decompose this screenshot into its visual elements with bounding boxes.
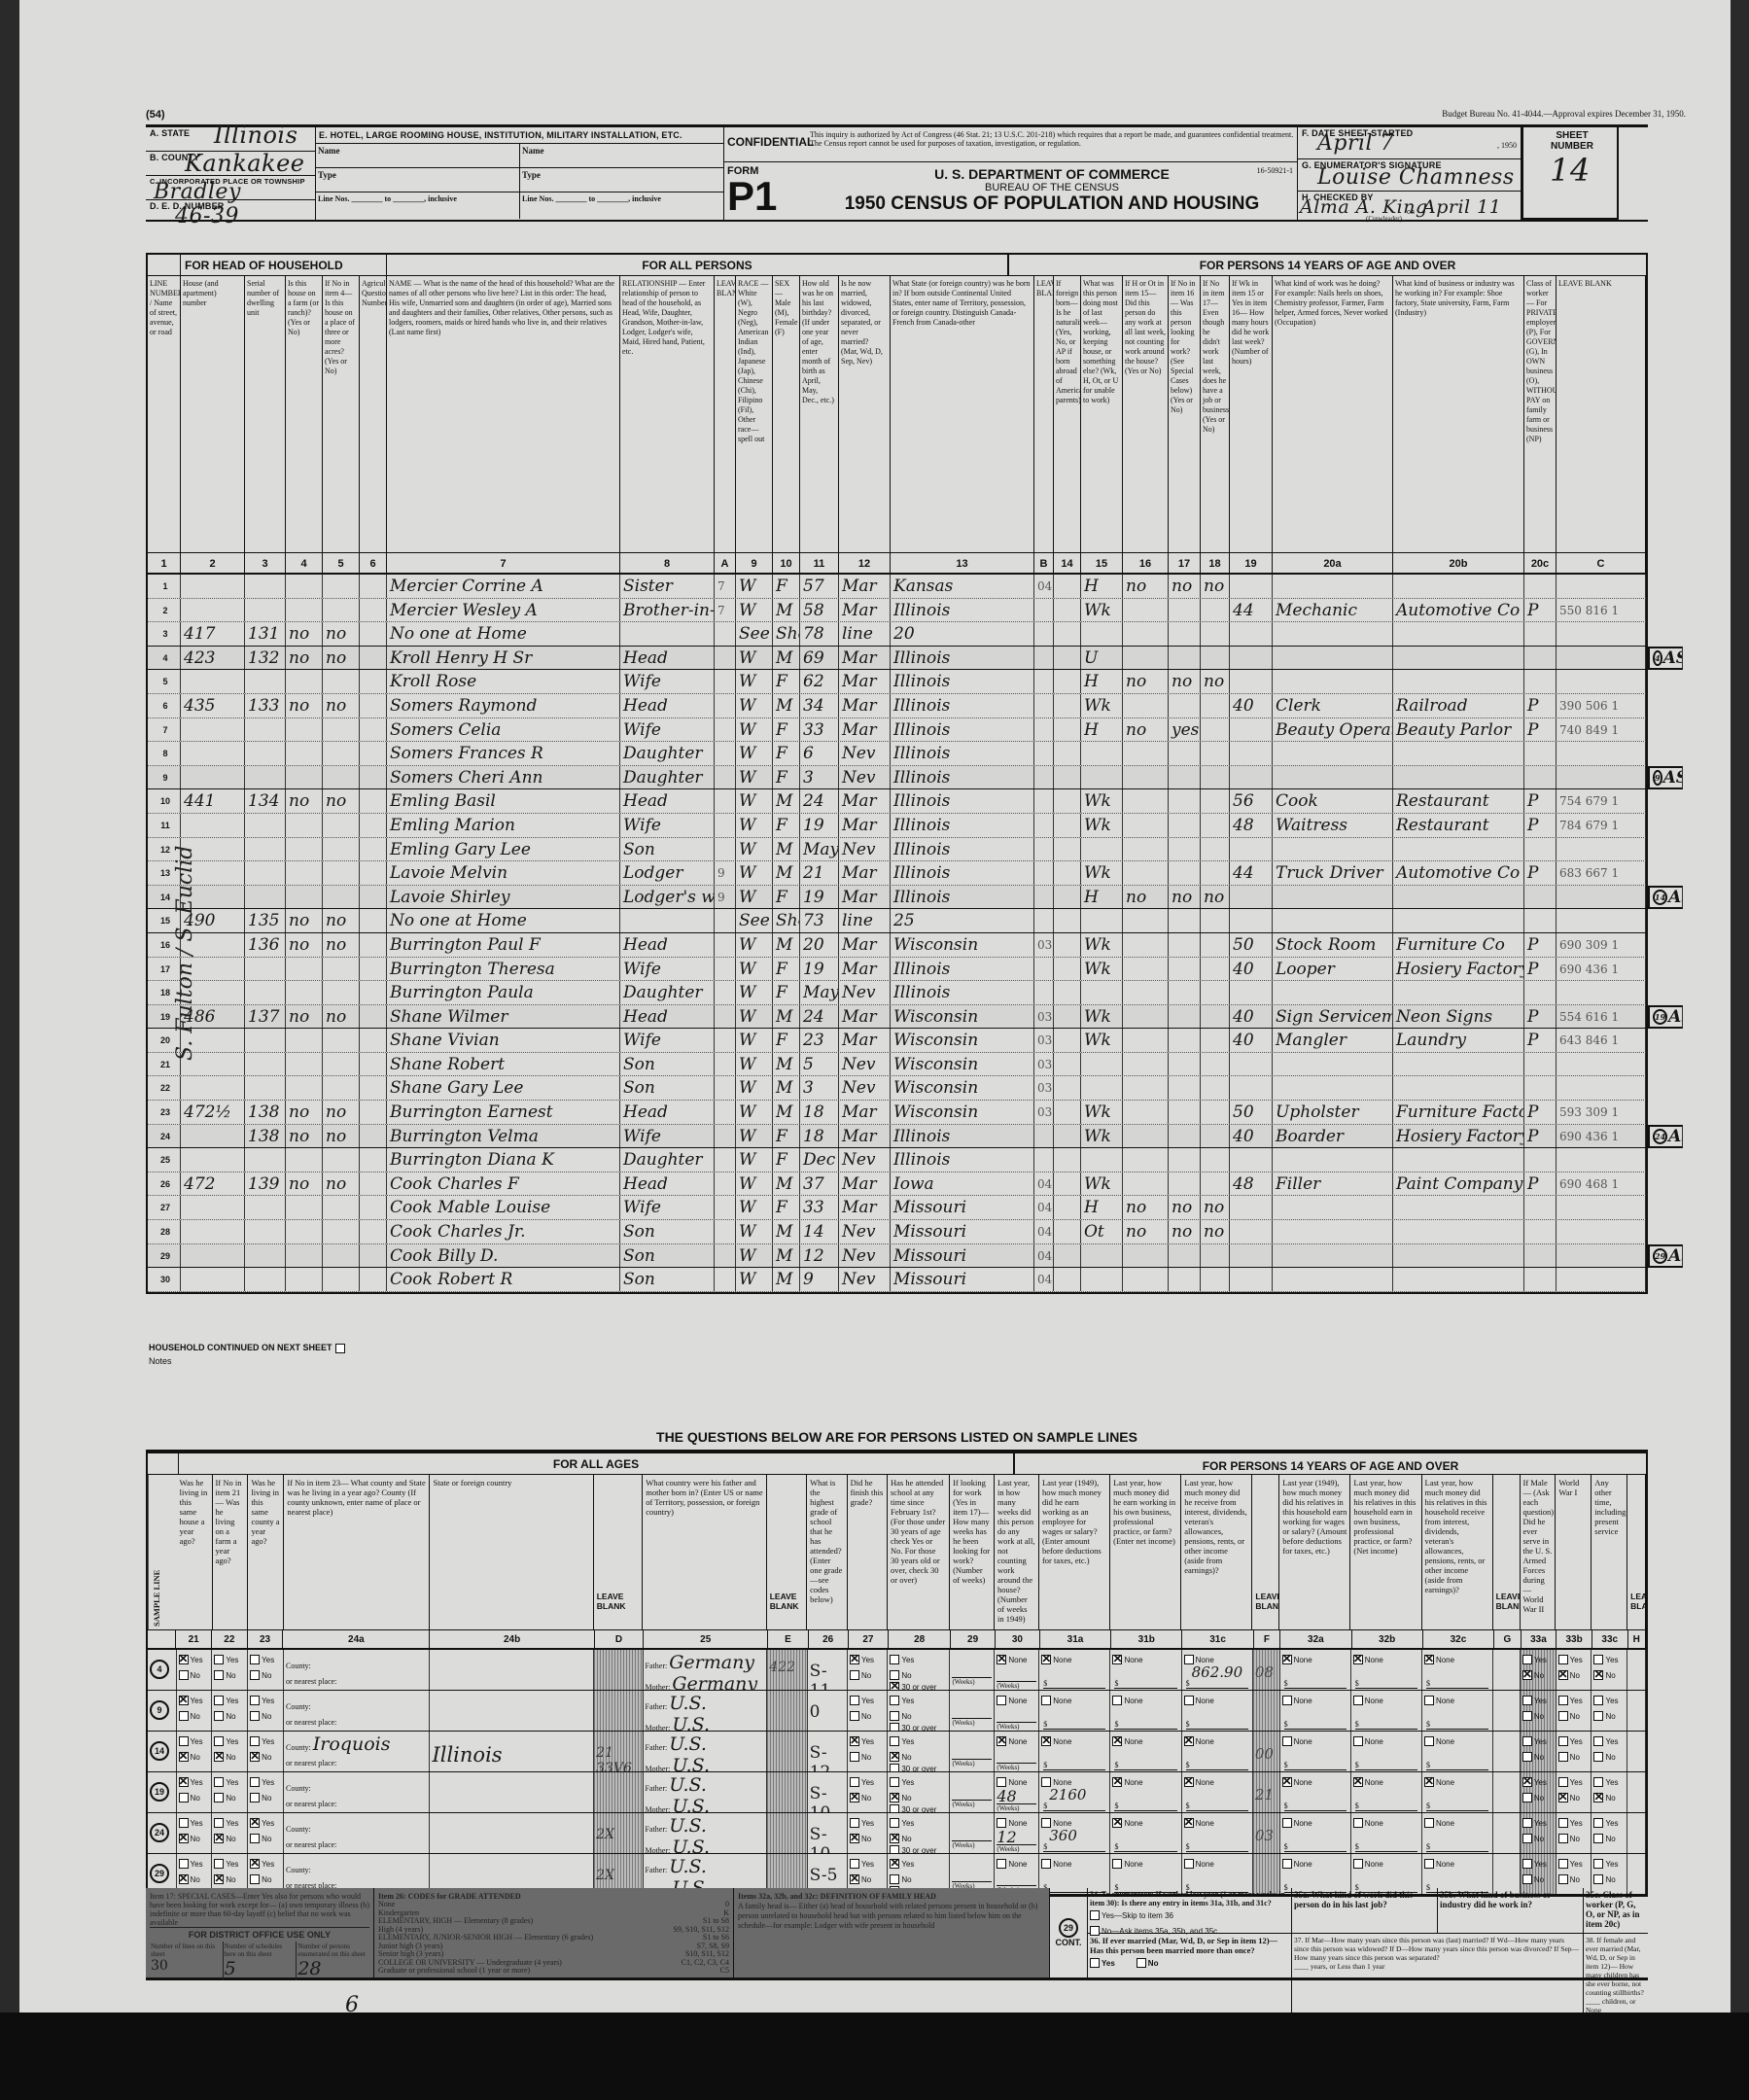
father-birthplace: U.S. bbox=[669, 1815, 707, 1837]
street-name: S. Fulton / S. Euclid bbox=[173, 564, 208, 1342]
class-of-worker: P bbox=[1524, 1172, 1557, 1196]
ag-questionnaire bbox=[360, 814, 387, 837]
school-30-over-checkbox[interactable] bbox=[890, 1804, 899, 1812]
leave-blank-b bbox=[1034, 1125, 1054, 1148]
leave-blank-b bbox=[1034, 981, 1054, 1004]
w31a-none-checkbox[interactable] bbox=[1041, 1655, 1051, 1664]
hours-worked: 50 bbox=[1230, 933, 1273, 957]
r32c-none-checkbox[interactable] bbox=[1424, 1696, 1434, 1705]
other-service-no-checkbox[interactable] bbox=[1593, 1752, 1603, 1762]
q22-no-checkbox[interactable] bbox=[214, 1874, 224, 1884]
activity: H bbox=[1081, 718, 1123, 742]
ww1-no-checkbox[interactable] bbox=[1558, 1711, 1568, 1721]
r32a-none-checkbox[interactable] bbox=[1282, 1655, 1292, 1664]
naturalized bbox=[1054, 814, 1081, 837]
school-yes-checkbox[interactable] bbox=[890, 1859, 899, 1869]
race: W bbox=[736, 1101, 773, 1124]
leave-blank-c bbox=[1557, 1148, 1646, 1172]
q22-no-checkbox[interactable] bbox=[214, 1711, 224, 1721]
ww2-no-checkbox[interactable] bbox=[1522, 1752, 1532, 1762]
worked-any bbox=[1123, 694, 1169, 717]
leave-blank-c: 554 616 1 bbox=[1557, 1005, 1646, 1029]
relationship: Wife bbox=[620, 958, 715, 981]
other-service-yes-checkbox[interactable] bbox=[1593, 1818, 1603, 1828]
q21-no-checkbox[interactable] bbox=[179, 1670, 189, 1680]
ww2-no-checkbox[interactable] bbox=[1522, 1711, 1532, 1721]
marital-status: Mar bbox=[839, 1172, 891, 1196]
other-service-yes-checkbox[interactable] bbox=[1593, 1655, 1603, 1664]
finished-grade-no-checkbox[interactable] bbox=[850, 1834, 859, 1843]
column-header-15: What was this person doing most of last … bbox=[1081, 276, 1123, 552]
q23-no-checkbox[interactable] bbox=[250, 1752, 260, 1762]
activity bbox=[1081, 1053, 1123, 1076]
q34-yes-checkbox[interactable] bbox=[1090, 1910, 1100, 1920]
person-name: Somers Frances R bbox=[387, 742, 620, 765]
weeks-worked-none-checkbox[interactable] bbox=[997, 1736, 1006, 1746]
occupation bbox=[1273, 1148, 1393, 1172]
column-number-6: 6 bbox=[360, 553, 387, 573]
age: 3 bbox=[800, 1076, 839, 1100]
q22-yes-checkbox[interactable] bbox=[214, 1777, 224, 1787]
finished-grade-yes-checkbox[interactable] bbox=[850, 1655, 859, 1664]
finished-grade-no-checkbox[interactable] bbox=[850, 1670, 859, 1680]
other-service-yes-checkbox[interactable] bbox=[1593, 1859, 1603, 1869]
birthplace: Wisconsin bbox=[891, 1076, 1034, 1100]
other-service-no-checkbox[interactable] bbox=[1593, 1874, 1603, 1884]
ww2-no-checkbox[interactable] bbox=[1522, 1670, 1532, 1680]
q23-yes-checkbox[interactable] bbox=[250, 1777, 260, 1787]
activity: H bbox=[1081, 886, 1123, 909]
sex: M bbox=[773, 1172, 800, 1196]
ww1-yes-checkbox[interactable] bbox=[1558, 1859, 1568, 1869]
ww2-yes-checkbox[interactable] bbox=[1522, 1818, 1532, 1828]
school-30-over-checkbox[interactable] bbox=[890, 1764, 899, 1771]
w31c-none-checkbox[interactable] bbox=[1184, 1777, 1194, 1787]
r32a-none-checkbox[interactable] bbox=[1282, 1736, 1292, 1746]
date-field: f. DATE SHEET STARTEDApril 7, 1950 bbox=[1298, 127, 1521, 159]
q36-no-checkbox[interactable] bbox=[1137, 1958, 1146, 1968]
person-name: No one at Home bbox=[387, 909, 620, 932]
special-cases-box: Item 17: SPECIAL CASES—Enter Yes also fo… bbox=[146, 1888, 374, 1977]
has-job bbox=[1201, 1125, 1230, 1148]
occupation: Waitress bbox=[1273, 814, 1393, 837]
continued-marker: 29CONT. bbox=[1056, 1918, 1082, 1947]
leave-blank-a bbox=[715, 1125, 736, 1148]
ag-questionnaire bbox=[360, 1076, 387, 1100]
w31a-none-checkbox[interactable] bbox=[1041, 1696, 1051, 1705]
worked-any: no bbox=[1123, 1220, 1169, 1243]
column-header-20a: What kind of work was he doing? For exam… bbox=[1273, 276, 1393, 552]
marital-status: Nev bbox=[839, 742, 891, 765]
sample-column-number-24a: 24a bbox=[283, 1630, 430, 1648]
w31b-none-checkbox[interactable] bbox=[1112, 1818, 1122, 1828]
ww2-no-checkbox[interactable] bbox=[1522, 1874, 1532, 1884]
class-of-worker bbox=[1524, 981, 1557, 1004]
q22-yes-checkbox[interactable] bbox=[214, 1736, 224, 1746]
ww2-yes-checkbox[interactable] bbox=[1522, 1655, 1532, 1664]
ag-questionnaire bbox=[360, 1244, 387, 1268]
q21-no-checkbox[interactable] bbox=[179, 1793, 189, 1802]
w31b-none-checkbox[interactable] bbox=[1112, 1859, 1122, 1869]
activity: H bbox=[1081, 1196, 1123, 1219]
activity: Wk bbox=[1081, 1101, 1123, 1124]
form-id: FORM P1 bbox=[724, 162, 807, 221]
w31c-none-checkbox[interactable] bbox=[1184, 1859, 1194, 1869]
worked-any: no bbox=[1123, 1196, 1169, 1219]
q23-yes-checkbox[interactable] bbox=[250, 1696, 260, 1705]
ed-value: 46-39 bbox=[175, 204, 239, 228]
has-job bbox=[1201, 599, 1230, 622]
person-row: 9Somers Cheri AnnDaughterWF3NevIllinois9… bbox=[148, 766, 1646, 790]
leave-blank-c bbox=[1557, 1076, 1646, 1100]
age: 19 bbox=[800, 958, 839, 981]
industry bbox=[1393, 981, 1524, 1004]
looking-for-work bbox=[1169, 647, 1201, 670]
q23-yes-checkbox[interactable] bbox=[250, 1655, 260, 1664]
naturalized bbox=[1054, 1101, 1081, 1124]
ww1-yes-checkbox[interactable] bbox=[1558, 1696, 1568, 1705]
weeks-worked-none-checkbox[interactable] bbox=[997, 1655, 1006, 1664]
serial-number: 132 bbox=[245, 647, 286, 670]
ww1-no-checkbox[interactable] bbox=[1558, 1874, 1568, 1884]
acres bbox=[323, 1196, 360, 1219]
worked-any bbox=[1123, 1244, 1169, 1268]
q22-yes-checkbox[interactable] bbox=[214, 1655, 224, 1664]
q34-no-checkbox[interactable] bbox=[1090, 1926, 1100, 1936]
serial-number bbox=[245, 861, 286, 885]
ag-questionnaire bbox=[360, 909, 387, 932]
sample-column-number-E: E bbox=[768, 1630, 808, 1648]
q21-no-checkbox[interactable] bbox=[179, 1834, 189, 1843]
school-yes-checkbox[interactable] bbox=[890, 1818, 899, 1828]
ww1-yes-checkbox[interactable] bbox=[1558, 1818, 1568, 1828]
weeks-worked-none-checkbox[interactable] bbox=[997, 1696, 1006, 1705]
looking-for-work bbox=[1169, 694, 1201, 717]
ww1-no-checkbox[interactable] bbox=[1558, 1834, 1568, 1843]
w31b-none-checkbox[interactable] bbox=[1112, 1696, 1122, 1705]
leave-blank-a bbox=[715, 694, 736, 717]
q22-yes-checkbox[interactable] bbox=[214, 1696, 224, 1705]
serial-number bbox=[245, 886, 286, 909]
has-job bbox=[1201, 1172, 1230, 1196]
age: 3 bbox=[800, 766, 839, 789]
activity: H bbox=[1081, 670, 1123, 693]
q21-yes-checkbox[interactable] bbox=[179, 1818, 189, 1828]
school-no-checkbox[interactable] bbox=[890, 1752, 899, 1762]
race: W bbox=[736, 1029, 773, 1052]
birthplace: Illinois bbox=[891, 789, 1034, 813]
other-service-yes-checkbox[interactable] bbox=[1593, 1696, 1603, 1705]
race: W bbox=[736, 1125, 773, 1148]
serial-number bbox=[245, 670, 286, 693]
activity: Wk bbox=[1081, 1125, 1123, 1148]
person-row: 17Burrington TheresaWifeWF19MarIllinoisW… bbox=[148, 958, 1646, 982]
w31a-amount: 2160 bbox=[1049, 1786, 1086, 1803]
weeks-worked-none-checkbox[interactable] bbox=[997, 1777, 1006, 1787]
race: W bbox=[736, 1005, 773, 1029]
w31a-none-checkbox[interactable] bbox=[1041, 1859, 1051, 1869]
r32a-none-checkbox[interactable] bbox=[1282, 1777, 1292, 1787]
other-service-no-checkbox[interactable] bbox=[1593, 1670, 1603, 1680]
class-of-worker: P bbox=[1524, 1125, 1557, 1148]
q21-yes-checkbox[interactable] bbox=[179, 1655, 189, 1664]
other-service-no-checkbox[interactable] bbox=[1593, 1793, 1603, 1802]
column-number-7: 7 bbox=[387, 553, 620, 573]
q21-no-checkbox[interactable] bbox=[179, 1711, 189, 1721]
q21-yes-checkbox[interactable] bbox=[179, 1777, 189, 1787]
person-row: 26472139nonoCook Charles FHeadWM37MarIow… bbox=[148, 1172, 1646, 1197]
finished-grade-yes-checkbox[interactable] bbox=[850, 1777, 859, 1787]
q21-yes-checkbox[interactable] bbox=[179, 1859, 189, 1869]
marital-status: Mar bbox=[839, 1005, 891, 1029]
ww2-no-checkbox[interactable] bbox=[1522, 1793, 1532, 1802]
other-service-yes-checkbox[interactable] bbox=[1593, 1736, 1603, 1746]
school-no-checkbox[interactable] bbox=[890, 1711, 899, 1721]
sample-column-number-G: G bbox=[1494, 1630, 1522, 1648]
marital-status: Nev bbox=[839, 981, 891, 1004]
acres bbox=[323, 814, 360, 837]
farm bbox=[286, 1148, 323, 1172]
looking-for-work bbox=[1169, 742, 1201, 765]
relationship: Wife bbox=[620, 670, 715, 693]
column-header-16: If H or Ot in item 15— Did this person d… bbox=[1123, 276, 1169, 552]
q23-no-checkbox[interactable] bbox=[250, 1711, 260, 1721]
household-continued-checkbox[interactable] bbox=[335, 1344, 345, 1353]
ag-questionnaire bbox=[360, 622, 387, 646]
r32b-none-checkbox[interactable] bbox=[1353, 1818, 1363, 1828]
age: 5 bbox=[800, 1053, 839, 1076]
highest-grade: 0 bbox=[810, 1702, 845, 1722]
sample-header-31b: Last year, how much money did he earn wo… bbox=[1110, 1475, 1181, 1629]
worked-any: no bbox=[1123, 718, 1169, 742]
birthplace: Illinois bbox=[891, 599, 1034, 622]
column-number-B: B bbox=[1034, 553, 1054, 573]
school-no-checkbox[interactable] bbox=[890, 1834, 899, 1843]
school-yes-checkbox[interactable] bbox=[890, 1696, 899, 1705]
leave-blank-b bbox=[1034, 958, 1054, 981]
hours-worked bbox=[1230, 742, 1273, 765]
age: 14 bbox=[800, 1220, 839, 1243]
q22-no-checkbox[interactable] bbox=[214, 1793, 224, 1802]
occupation: Mechanic bbox=[1273, 599, 1393, 622]
q23-no-checkbox[interactable] bbox=[250, 1793, 260, 1802]
worked-any: no bbox=[1123, 575, 1169, 598]
sample-line-number: 24 bbox=[1653, 1129, 1667, 1144]
class-of-worker: P bbox=[1524, 789, 1557, 813]
r32c-none-checkbox[interactable] bbox=[1424, 1777, 1434, 1787]
q23-no-checkbox[interactable] bbox=[250, 1670, 260, 1680]
ww1-yes-checkbox[interactable] bbox=[1558, 1736, 1568, 1746]
school-no-checkbox[interactable] bbox=[890, 1793, 899, 1802]
person-name: Burrington Paula bbox=[387, 981, 620, 1004]
q21-no-checkbox[interactable] bbox=[179, 1752, 189, 1762]
prior-county: Iroquois bbox=[313, 1733, 391, 1755]
ww1-yes-checkbox[interactable] bbox=[1558, 1655, 1568, 1664]
q21-no-checkbox[interactable] bbox=[179, 1874, 189, 1884]
r32b-none-checkbox[interactable] bbox=[1353, 1859, 1363, 1869]
serial-number bbox=[245, 1148, 286, 1172]
r32c-none-checkbox[interactable] bbox=[1424, 1859, 1434, 1869]
looking-for-work bbox=[1169, 1029, 1201, 1052]
q23-yes-checkbox[interactable] bbox=[250, 1859, 260, 1869]
r32a-none-checkbox[interactable] bbox=[1282, 1859, 1292, 1869]
finished-grade-no-checkbox[interactable] bbox=[850, 1711, 859, 1721]
ww2-yes-checkbox[interactable] bbox=[1522, 1777, 1532, 1787]
r32b-none-checkbox[interactable] bbox=[1353, 1655, 1363, 1664]
date-value: April 7 bbox=[1317, 131, 1394, 156]
race: W bbox=[736, 694, 773, 717]
finished-grade-yes-checkbox[interactable] bbox=[850, 1859, 859, 1869]
farm bbox=[286, 718, 323, 742]
age: May bbox=[800, 838, 839, 861]
hours-worked: 40 bbox=[1230, 1029, 1273, 1052]
ag-questionnaire bbox=[360, 933, 387, 957]
r32b-none-checkbox[interactable] bbox=[1353, 1777, 1363, 1787]
w31b-none-checkbox[interactable] bbox=[1112, 1777, 1122, 1787]
q22-no-checkbox[interactable] bbox=[214, 1752, 224, 1762]
ww1-no-checkbox[interactable] bbox=[1558, 1752, 1568, 1762]
r32c-none-checkbox[interactable] bbox=[1424, 1818, 1434, 1828]
sex: M bbox=[773, 647, 800, 670]
ww1-no-checkbox[interactable] bbox=[1558, 1793, 1568, 1802]
race: W bbox=[736, 838, 773, 861]
has-job bbox=[1201, 766, 1230, 789]
relationship: Head bbox=[620, 1172, 715, 1196]
person-row: 29Cook Billy D.SonWM12NevMissouri04329AS… bbox=[148, 1244, 1646, 1269]
naturalized bbox=[1054, 599, 1081, 622]
column-number-3: 3 bbox=[245, 553, 286, 573]
hours-worked bbox=[1230, 575, 1273, 598]
father-birthplace: U.S. bbox=[669, 1856, 707, 1877]
school-30-over-checkbox[interactable] bbox=[890, 1723, 899, 1731]
looking-for-work bbox=[1169, 1268, 1201, 1291]
location-block: a. STATEIllinois b. COUNTYKankakee c. IN… bbox=[146, 127, 316, 220]
leave-blank-a bbox=[715, 1029, 736, 1052]
leave-blank-a bbox=[715, 789, 736, 813]
other-service-no-checkbox[interactable] bbox=[1593, 1834, 1603, 1843]
r32b-none-checkbox[interactable] bbox=[1353, 1696, 1363, 1705]
q21-yes-checkbox[interactable] bbox=[179, 1736, 189, 1746]
finished-grade-yes-checkbox[interactable] bbox=[850, 1818, 859, 1828]
w31b-none-checkbox[interactable] bbox=[1112, 1736, 1122, 1746]
worked-any bbox=[1123, 1005, 1169, 1029]
race: W bbox=[736, 958, 773, 981]
relationship: Wife bbox=[620, 1029, 715, 1052]
w31c-none-checkbox[interactable] bbox=[1184, 1736, 1194, 1746]
industry bbox=[1393, 622, 1524, 646]
ww2-yes-checkbox[interactable] bbox=[1522, 1736, 1532, 1746]
sample-column-number-33c: 33c bbox=[1592, 1630, 1628, 1648]
birthplace: Illinois bbox=[891, 742, 1034, 765]
r32b-none-checkbox[interactable] bbox=[1353, 1736, 1363, 1746]
q21-yes-checkbox[interactable] bbox=[179, 1696, 189, 1705]
acres: no bbox=[323, 647, 360, 670]
looking-for-work bbox=[1169, 933, 1201, 957]
has-job bbox=[1201, 1005, 1230, 1029]
r32c-none-checkbox[interactable] bbox=[1424, 1736, 1434, 1746]
r32a-none-checkbox[interactable] bbox=[1282, 1818, 1292, 1828]
activity: Wk bbox=[1081, 1029, 1123, 1052]
ww2-yes-checkbox[interactable] bbox=[1522, 1859, 1532, 1869]
sample-line-label: SAMPLE LINE bbox=[148, 1475, 177, 1629]
r32c-none-checkbox[interactable] bbox=[1424, 1655, 1434, 1664]
column-header-20b: What kind of business or industry was he… bbox=[1393, 276, 1524, 552]
leave-blank-b bbox=[1034, 789, 1054, 813]
ww1-no-checkbox[interactable] bbox=[1558, 1670, 1568, 1680]
school-no-checkbox[interactable] bbox=[890, 1874, 899, 1884]
class-of-worker bbox=[1524, 647, 1557, 670]
q22-no-checkbox[interactable] bbox=[214, 1670, 224, 1680]
has-job: no bbox=[1201, 1220, 1230, 1243]
q22-no-checkbox[interactable] bbox=[214, 1834, 224, 1843]
worked-any bbox=[1123, 1029, 1169, 1052]
ww1-yes-checkbox[interactable] bbox=[1558, 1777, 1568, 1787]
worked-any bbox=[1123, 1268, 1169, 1291]
weeks-worked-none-checkbox[interactable] bbox=[997, 1859, 1006, 1869]
w31c-none-checkbox[interactable] bbox=[1184, 1696, 1194, 1705]
serial-number: 137 bbox=[245, 1005, 286, 1029]
w31a-none-checkbox[interactable] bbox=[1041, 1736, 1051, 1746]
class-of-worker: P bbox=[1524, 1005, 1557, 1029]
serial-number: 139 bbox=[245, 1172, 286, 1196]
school-yes-checkbox[interactable] bbox=[890, 1777, 899, 1787]
serial-number bbox=[245, 1196, 286, 1219]
other-service-yes-checkbox[interactable] bbox=[1593, 1777, 1603, 1787]
industry bbox=[1393, 1220, 1524, 1243]
person-name: Cook Mable Louise bbox=[387, 1196, 620, 1219]
q23-yes-checkbox[interactable] bbox=[250, 1736, 260, 1746]
q23-no-checkbox[interactable] bbox=[250, 1874, 260, 1884]
q23-yes-checkbox[interactable] bbox=[250, 1818, 260, 1828]
other-service-no-checkbox[interactable] bbox=[1593, 1711, 1603, 1721]
ww2-no-checkbox[interactable] bbox=[1522, 1834, 1532, 1843]
finished-grade-no-checkbox[interactable] bbox=[850, 1793, 859, 1802]
activity: U bbox=[1081, 647, 1123, 670]
race: See bbox=[736, 909, 773, 932]
q22-yes-checkbox[interactable] bbox=[214, 1859, 224, 1869]
finished-grade-no-checkbox[interactable] bbox=[850, 1752, 859, 1762]
finished-grade-no-checkbox[interactable] bbox=[850, 1874, 859, 1884]
finished-grade-yes-checkbox[interactable] bbox=[850, 1736, 859, 1746]
has-job bbox=[1201, 718, 1230, 742]
q36-yes-checkbox[interactable] bbox=[1090, 1958, 1100, 1968]
q22-yes-checkbox[interactable] bbox=[214, 1818, 224, 1828]
w31c-none-checkbox[interactable] bbox=[1184, 1818, 1194, 1828]
w31b-none-checkbox[interactable] bbox=[1112, 1655, 1122, 1664]
hours-worked: 50 bbox=[1230, 1101, 1273, 1124]
finished-grade-yes-checkbox[interactable] bbox=[850, 1696, 859, 1705]
school-yes-checkbox[interactable] bbox=[890, 1736, 899, 1746]
school-yes-checkbox[interactable] bbox=[890, 1655, 899, 1664]
r32a-none-checkbox[interactable] bbox=[1282, 1696, 1292, 1705]
industry bbox=[1393, 575, 1524, 598]
hours-worked bbox=[1230, 647, 1273, 670]
column-header-14: If foreign born— Is he naturalized? (Yes… bbox=[1054, 276, 1081, 552]
schedule-count: 5 bbox=[225, 1958, 296, 1979]
grade-code-row: None0 bbox=[378, 1901, 729, 1909]
person-row: 3417131nonoNo one at HomeSeeSheet78line2… bbox=[148, 622, 1646, 647]
weeks-worked-none-checkbox[interactable] bbox=[997, 1818, 1006, 1828]
school-30-over-checkbox[interactable] bbox=[890, 1845, 899, 1853]
race: W bbox=[736, 1053, 773, 1076]
industry bbox=[1393, 886, 1524, 909]
school-30-over-checkbox[interactable] bbox=[890, 1682, 899, 1690]
q23-no-checkbox[interactable] bbox=[250, 1834, 260, 1843]
hours-worked: 44 bbox=[1230, 599, 1273, 622]
industry bbox=[1393, 909, 1524, 932]
ww2-yes-checkbox[interactable] bbox=[1522, 1696, 1532, 1705]
sample-column-number-D: D bbox=[595, 1630, 644, 1648]
